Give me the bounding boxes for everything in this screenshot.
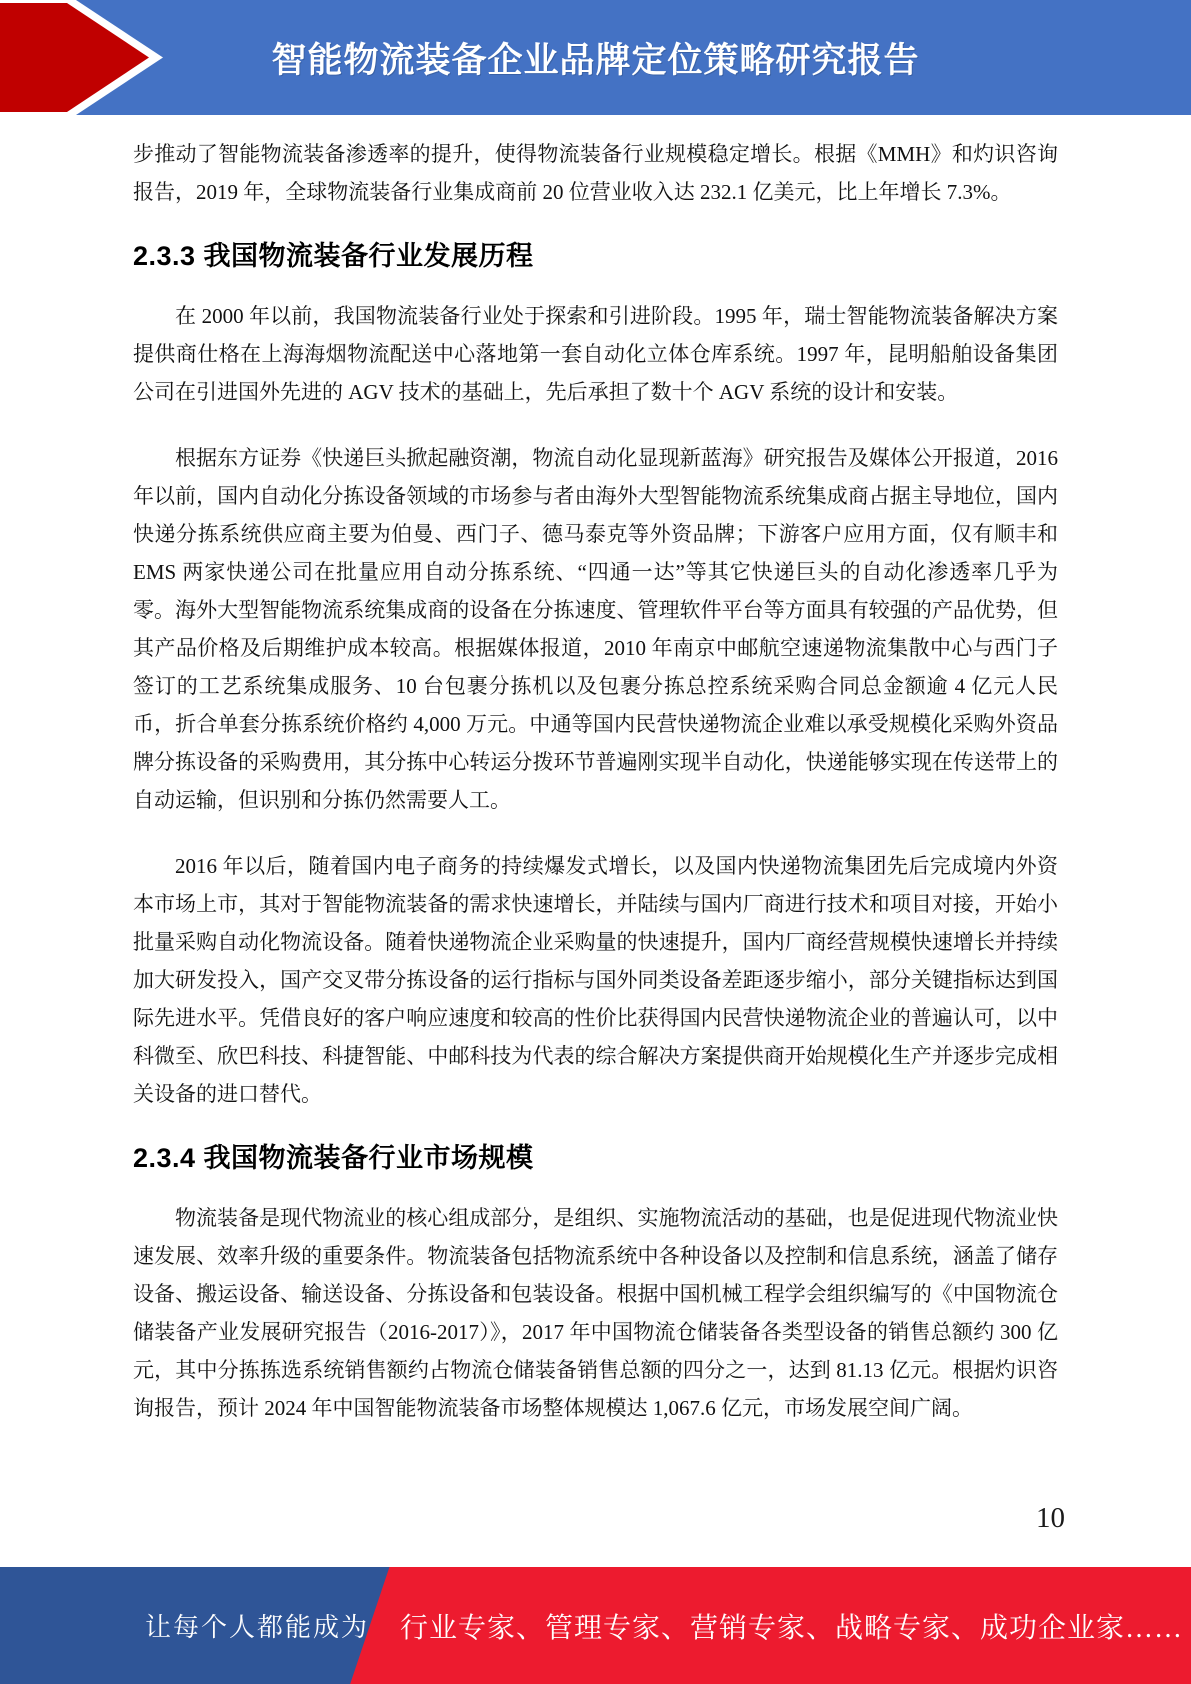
page-header: 智能物流装备企业品牌定位策略研究报告 [0,0,1191,115]
footer-slogan-right: 行业专家、管理专家、营销专家、战略专家、成功企业家…… [400,1567,1183,1684]
section-heading-2-3-3: 2.3.3 我国物流装备行业发展历程 [133,239,1058,273]
paragraph: 2016 年以后，随着国内电子商务的持续爆发式增长，以及国内快递物流集团先后完成… [133,847,1058,1113]
section-heading-2-3-4: 2.3.4 我国物流装备行业市场规模 [133,1141,1058,1175]
document-body: 步推动了智能物流装备渗透率的提升，使得物流装备行业规模稳定增长。根据《MMH》和… [133,115,1058,1455]
paragraph: 根据东方证券《快递巨头掀起融资潮，物流自动化显现新蓝海》研究报告及媒体公开报道，… [133,439,1058,819]
report-title: 智能物流装备企业品牌定位策略研究报告 [0,0,1191,115]
page-number: 10 [1036,1502,1065,1535]
report-page: 智能物流装备企业品牌定位策略研究报告 步推动了智能物流装备渗透率的提升，使得物流… [0,0,1191,1684]
footer-slogan-left: 让每个人都能成为 [145,1567,369,1684]
paragraph: 在 2000 年以前，我国物流装备行业处于探索和引进阶段。1995 年，瑞士智能… [133,297,1058,411]
page-footer: 让每个人都能成为 行业专家、管理专家、营销专家、战略专家、成功企业家…… [0,1567,1191,1684]
paragraph: 物流装备是现代物流业的核心组成部分，是组织、实施物流活动的基础，也是促进现代物流… [133,1199,1058,1427]
paragraph-intro: 步推动了智能物流装备渗透率的提升，使得物流装备行业规模稳定增长。根据《MMH》和… [133,135,1058,211]
